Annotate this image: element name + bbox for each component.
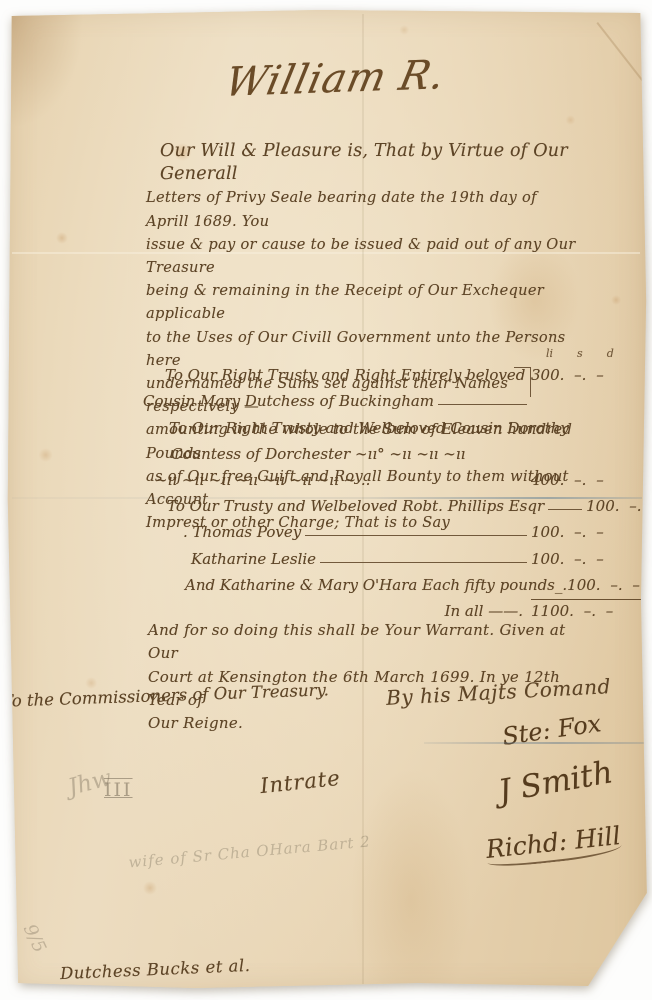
grant-row: Countess of Dorchester ∼ıı° ∼ıı ∼ıı ∼ıı — [143, 437, 651, 463]
ink-rule — [320, 562, 527, 563]
total-label: In all ——. — [143, 602, 531, 620]
closing-line: And for so doing this shall be Your Warr… — [148, 619, 594, 666]
grantee-text: And Katharine & Mary O'Hara Each fifty p… — [185, 576, 567, 594]
grantee-text: To Our Trusty and Welbeloved Robt. Phill… — [167, 497, 544, 515]
ink-rule — [548, 509, 582, 510]
grant-amount: 100. –. – — [531, 523, 651, 541]
total-amount: 1100. –. – — [531, 599, 651, 620]
grant-row: To Our Right Trusty and Right Entirely b… — [143, 358, 651, 384]
grant-amount: 100. –. – — [586, 497, 652, 515]
grant-row: Cousin Mary Dutchess of Buckingham — [143, 384, 651, 410]
royal-sign-manual: William R. — [221, 52, 450, 106]
grant-amount: 400. –. – — [531, 471, 651, 489]
pencil-numeral: III — [104, 779, 133, 801]
grant-row: To Our Right Trusty and Welbeloved Cousi… — [143, 410, 651, 436]
grant-row: To Our Trusty and Welbeloved Robt. Phill… — [143, 489, 651, 515]
document-scan: William R. Our Will & Pleasure is, That … — [0, 0, 652, 1000]
grantee-text: ∼ıı ∼ıı ∼ıı ∼ıı ∼ıı ∼ıı ∼ıı ∼ .. — [155, 471, 370, 489]
body-line: Our Will & Pleasure is, That by Virtue o… — [160, 140, 580, 186]
body-line: Letters of Privy Seale bearing date the … — [146, 186, 580, 232]
amount-bracket — [514, 367, 531, 397]
grantee-text: To Our Right Trusty and Right Entirely b… — [165, 366, 525, 384]
document-paper: William R. Our Will & Pleasure is, That … — [0, 0, 652, 1000]
closing-paragraph: And for so doing this shall be Your Warr… — [148, 619, 594, 735]
pencil-note: wife of Sr Cha OHara Bart 2 — [128, 827, 438, 872]
grantee-text: Katharine Leslie — [191, 550, 316, 568]
grantee-text: Cousin Mary Dutchess of Buckingham — [143, 392, 434, 410]
pencil-margin-number: 9/5 — [19, 921, 50, 956]
grant-row: ∼ıı ∼ıı ∼ıı ∼ıı ∼ıı ∼ıı ∼ıı ∼ .. 400. –.… — [143, 463, 651, 489]
grantee-text: . Thomas Povey — [183, 523, 301, 541]
grant-list: To Our Right Trusty and Right Entirely b… — [143, 358, 651, 620]
grant-amount: 100. –. – — [567, 576, 652, 594]
ink-rule — [305, 535, 527, 536]
grant-row: Katharine Leslie 100. –. – — [143, 541, 651, 567]
body-line: being & remaining in the Receipt of Our … — [146, 279, 580, 325]
body-line: issue & pay or cause to be issued & paid… — [146, 233, 580, 279]
grant-row: And Katharine & Mary O'Hara Each fifty p… — [143, 568, 651, 594]
corner-crease — [596, 22, 652, 116]
ink-rule — [438, 404, 527, 405]
grant-amount: 300. –. – — [531, 366, 651, 384]
signature-hill: Richd: Hill — [485, 821, 623, 869]
grantee-text: To Our Right Trusty and Welbeloved Cousi… — [169, 419, 569, 437]
grant-amount: 100. –. – — [531, 550, 651, 568]
grant-total-row: In all ——. 1100. –. – — [143, 594, 651, 620]
entry-docket: Intrate — [259, 766, 342, 798]
signature-smith: J Smith — [496, 754, 616, 809]
grant-row: . Thomas Povey 100. –. – — [143, 515, 651, 541]
grantee-text: Countess of Dorchester ∼ıı° ∼ıı ∼ıı ∼ıı — [171, 445, 465, 463]
docket-title: Dutchess Bucks et al. — [60, 956, 251, 983]
